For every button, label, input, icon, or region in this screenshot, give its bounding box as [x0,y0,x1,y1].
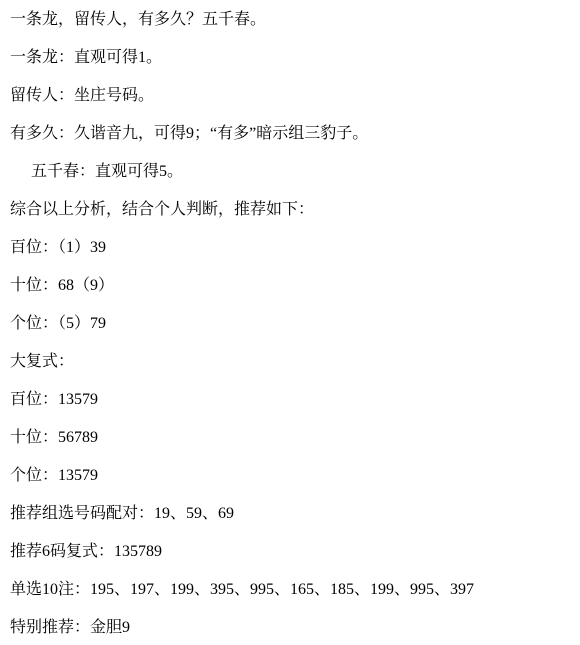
document-line: 推荐组选号码配对：19、59、69 [10,495,572,533]
document-line: 一条龙，留传人，有多久？五千春。 [10,1,572,39]
document-line: 一条龙：直观可得1。 [10,39,572,77]
document-line: 百位：13579 [10,381,572,419]
document-line: 单选10注：195、197、199、395、995、165、185、199、99… [10,571,572,609]
document-line: 特别推荐：金胆9 [10,609,572,645]
document-line: 五千春：直观可得5。 [10,153,572,191]
document-body: 一条龙，留传人，有多久？五千春。一条龙：直观可得1。留传人：坐庄号码。有多久：久… [10,1,572,645]
document-line: 十位：56789 [10,419,572,457]
document-line: 留传人：坐庄号码。 [10,77,572,115]
document-line: 百位：（1）39 [10,229,572,267]
document-line: 大复式： [10,343,572,381]
document-line: 推荐6码复式：135789 [10,533,572,571]
document-line: 个位：（5）79 [10,305,572,343]
document-line: 有多久：久谐音九，可得9；“有多”暗示组三豹子。 [10,115,572,153]
document-line: 十位：68（9） [10,267,572,305]
document-page: 一条龙，留传人，有多久？五千春。一条龙：直观可得1。留传人：坐庄号码。有多久：久… [0,0,580,645]
document-line: 个位：13579 [10,457,572,495]
document-line: 综合以上分析，结合个人判断，推荐如下： [10,191,572,229]
